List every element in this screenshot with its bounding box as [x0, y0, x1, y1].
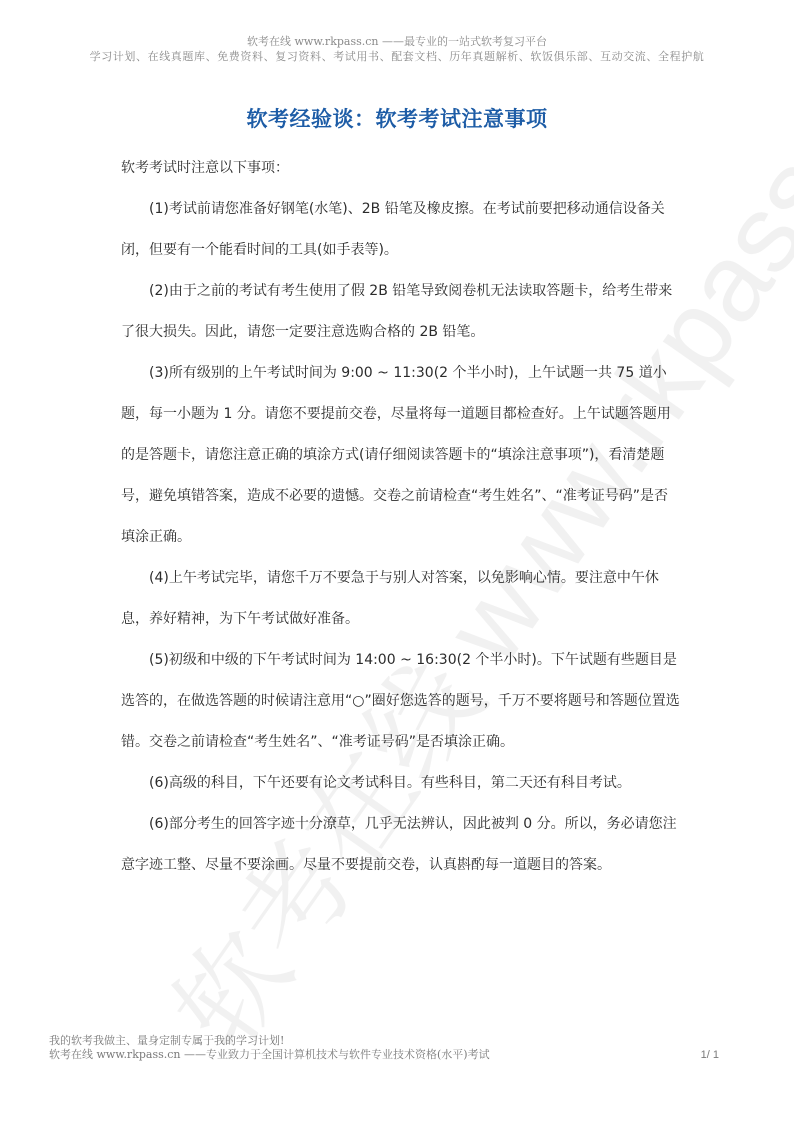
- page-footer: 我的软考我做主、量身定制专属于我的学习计划! 软考在线 www.rkpass.c…: [49, 1034, 719, 1062]
- paragraph-5: (5)初级和中级的下午考试时间为 14:00 ~ 16:30(2 个半小时)。下…: [121, 640, 681, 763]
- header-tagline: 软考在线 www.rkpass.cn ——最专业的一站式软考复习平台: [0, 34, 794, 49]
- paragraph-6: (6)高级的科目，下午还要有论文考试科目。有些科目，第二天还有科目考试。: [121, 763, 681, 804]
- footer-site: 软考在线 www.rkpass.cn ——专业致力于全国计算机技术与软件专业技术…: [49, 1048, 719, 1062]
- page-header: 软考在线 www.rkpass.cn ——最专业的一站式软考复习平台 学习计划、…: [0, 34, 794, 64]
- paragraph-1: (1)考试前请您准备好钢笔(水笔)、2B 铅笔及橡皮擦。在考试前要把移动通信设备…: [121, 189, 681, 271]
- footer-slogan: 我的软考我做主、量身定制专属于我的学习计划!: [49, 1034, 719, 1048]
- paragraph-3: (3)所有级别的上午考试时间为 9:00 ~ 11:30(2 个半小时)，上午试…: [121, 353, 681, 558]
- header-services: 学习计划、在线真题库、免费资料、复习资料、考试用书、配套文档、历年真题解析、软饭…: [0, 49, 794, 64]
- intro-paragraph: 软考考试时注意以下事项：: [121, 148, 681, 189]
- page-number: 1/ 1: [701, 1048, 719, 1062]
- paragraph-2: (2)由于之前的考试有考生使用了假 2B 铅笔导致阅卷机无法读取答题卡，给考生带…: [121, 271, 681, 353]
- document-title: 软考经验谈：软考考试注意事项: [0, 103, 794, 133]
- document-body: 软考考试时注意以下事项： (1)考试前请您准备好钢笔(水笔)、2B 铅笔及橡皮擦…: [121, 148, 681, 886]
- paragraph-7: (6)部分考生的回答字迹十分潦草，几乎无法辨认，因此被判 0 分。所以，务必请您…: [121, 804, 681, 886]
- paragraph-4: (4)上午考试完毕，请您千万不要急于与别人对答案，以免影响心情。要注意中午休息，…: [121, 558, 681, 640]
